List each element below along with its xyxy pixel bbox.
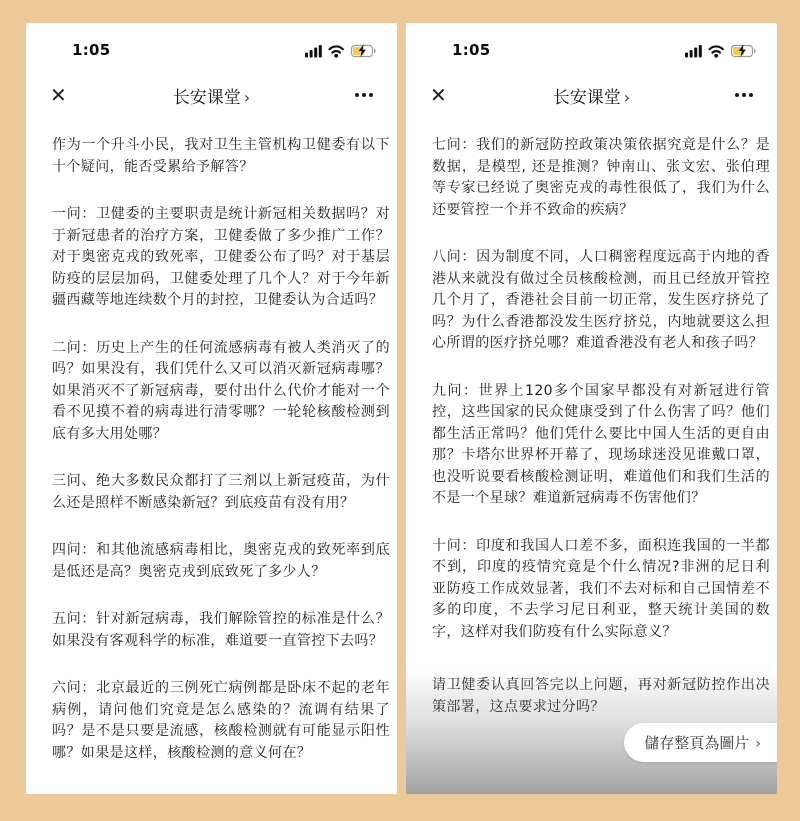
status-icons xyxy=(685,43,757,58)
phone-screenshot-left: 1:05 xyxy=(26,23,397,794)
battery-charging-icon xyxy=(732,44,756,57)
account-title[interactable]: 长安课堂› xyxy=(470,83,713,108)
status-time: 1:05 xyxy=(72,41,111,59)
two-screenshot-collage: 1:05 xyxy=(0,0,800,821)
wifi-icon xyxy=(330,46,343,52)
save-button-label: 儲存整頁為圖片 xyxy=(644,734,749,752)
article-paragraph: 三问、绝大多数民众都打了三剂以上新冠疫苗，为什么还是照样不断感染新冠？到底疫苗有… xyxy=(52,471,390,514)
status-bar: 1:05 xyxy=(26,23,397,63)
phone-screenshot-right: 1:05 xyxy=(406,23,777,794)
status-bar: 1:05 xyxy=(406,23,777,63)
close-icon[interactable]: ✕ xyxy=(50,85,90,105)
chevron-right-icon: › xyxy=(244,88,250,107)
nav-bar: ✕ 长安课堂› xyxy=(26,63,397,111)
account-title-text: 长安课堂 xyxy=(173,88,241,108)
article-paragraph: 作为一个升斗小民，我对卫生主管机构卫健委有以下十个疑问，能否受累给予解答？ xyxy=(52,135,390,178)
article-paragraph: 九问：世界上120多个国家早都没有对新冠进行管控，这些国家的民众健康受到了什么伤… xyxy=(432,381,770,510)
chevron-right-icon: › xyxy=(624,88,630,107)
signal-bars-icon xyxy=(305,45,322,58)
signal-wifi-battery-icons xyxy=(685,43,757,58)
account-title-text: 长安课堂 xyxy=(553,88,621,108)
article-paragraph: 八问：因为制度不同，人口稠密程度远高于内地的香港从来就没有做过全员核酸检测，而且… xyxy=(432,247,770,355)
article-paragraph: 七问：我们的新冠防控政策决策依据究竟是什么？是数据，是模型, 还是推测？钟南山、… xyxy=(432,135,770,221)
account-title[interactable]: 长安课堂› xyxy=(90,83,333,108)
article-paragraph: 二问：历史上产生的任何流感病毒有被人类消灭了的吗？如果没有，我们凭什么又可以消灭… xyxy=(52,338,390,446)
battery-charging-icon xyxy=(352,44,376,57)
wifi-dot xyxy=(714,53,718,57)
article-body: 作为一个升斗小民，我对卫生主管机构卫健委有以下十个疑问，能否受累给予解答？ 一问… xyxy=(26,111,397,790)
status-time: 1:05 xyxy=(452,41,491,59)
signal-wifi-battery-icons xyxy=(305,43,377,58)
save-page-as-image-button[interactable]: 儲存整頁為圖片› xyxy=(624,723,777,762)
article-closing-paragraph: 请卫健委认真回答完以上问题，再对新冠防控作出决策部署，这点要求过分吗？ xyxy=(432,675,770,718)
article-paragraph: 四问：和其他流感病毒相比，奥密克戎的致死率到底是低还是高？奥密克戎到底致死了多少… xyxy=(52,540,390,583)
wifi-dot xyxy=(334,53,338,57)
more-menu-icon[interactable] xyxy=(333,93,373,97)
article-paragraph: 六问：北京最近的三例死亡病例都是卧床不起的老年病例，请问他们究竟是怎么感染的？流… xyxy=(52,678,390,764)
more-menu-icon[interactable] xyxy=(713,93,753,97)
article-paragraph: 五问：针对新冠病毒，我们解除管控的标准是什么？如果没有客观科学的标准，难道要一直… xyxy=(52,609,390,652)
article-paragraph: 十问：印度和我国人口差不多，面积连我国的一半都不到，印度的疫情究竟是个什么情况?… xyxy=(432,536,770,644)
status-icons xyxy=(305,43,377,58)
page-capture-footer: 请卫健委认真回答完以上问题，再对新冠防控作出决策部署，这点要求过分吗？ 儲存整頁… xyxy=(406,669,777,794)
close-icon[interactable]: ✕ xyxy=(430,85,470,105)
wifi-icon xyxy=(710,46,723,52)
article-paragraph: 一问：卫健委的主要职责是统计新冠相关数据吗？对于新冠患者的治疗方案，卫健委做了多… xyxy=(52,204,390,312)
chevron-right-icon: › xyxy=(755,736,761,752)
article-body: 七问：我们的新冠防控政策决策依据究竟是什么？是数据，是模型, 还是推测？钟南山、… xyxy=(406,111,777,669)
nav-bar: ✕ 长安课堂› xyxy=(406,63,777,111)
signal-bars-icon xyxy=(685,45,702,58)
